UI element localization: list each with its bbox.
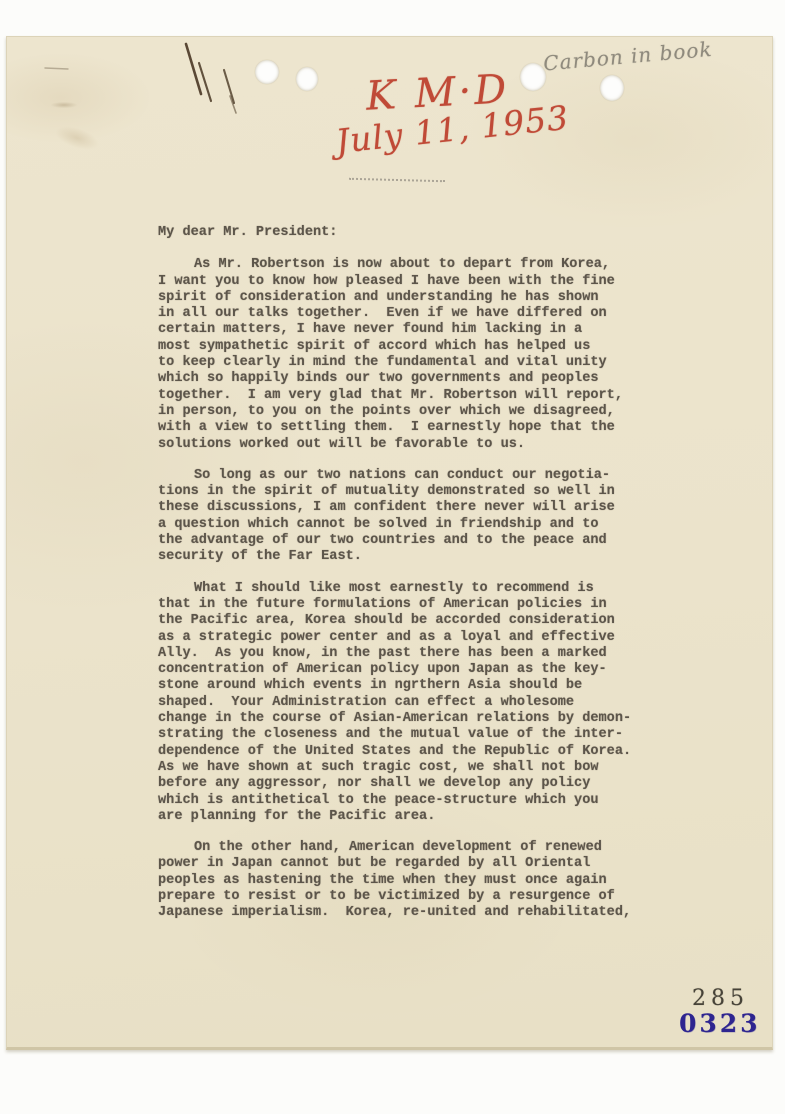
folio-number-stamp: 0323 [679, 1009, 761, 1038]
punch-hole [296, 67, 318, 91]
page-number-stamp: 285 [692, 986, 749, 1011]
paper-stain [47, 101, 81, 109]
paragraph-4: On the other hand, American development … [158, 840, 688, 921]
paper-stain [44, 116, 109, 159]
punch-hole [255, 60, 279, 84]
salutation: My dear Mr. President: [158, 225, 688, 241]
punch-hole [600, 75, 624, 101]
scanned-letter: Carbon in book K M·D July 11, 1953 My de… [0, 0, 785, 1114]
paragraph-1: As Mr. Robertson is now about to depart … [158, 257, 688, 453]
paragraph-3: What I should like most earnestly to rec… [158, 581, 688, 825]
punch-hole [520, 63, 546, 91]
letter-body: My dear Mr. President: As Mr. Robertson … [158, 225, 688, 937]
paragraph-2: So long as our two nations can conduct o… [158, 468, 688, 566]
